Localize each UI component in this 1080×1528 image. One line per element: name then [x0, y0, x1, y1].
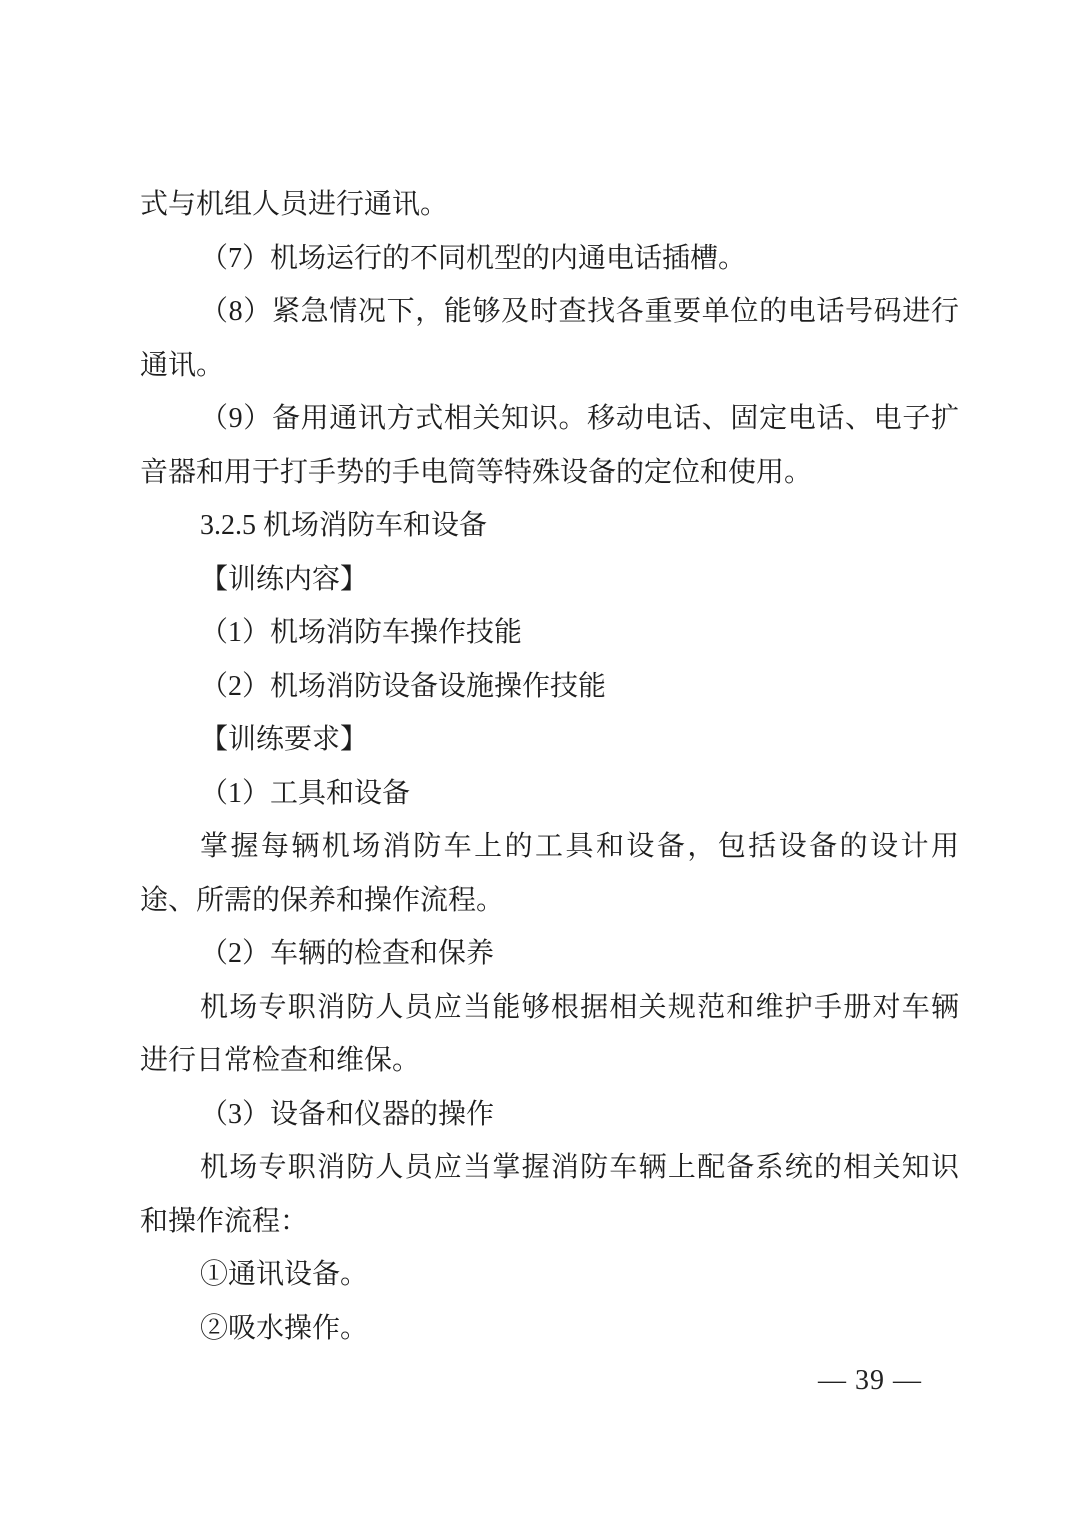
text-line: 机场专职消防人员应当掌握消防车辆上配备系统的相关知识 — [140, 1141, 958, 1195]
label-training-requirements: 【训练要求】 — [140, 713, 958, 767]
text-line: 和操作流程： — [140, 1195, 958, 1249]
text-line: （7）机场运行的不同机型的内通电话插槽。 — [140, 232, 958, 286]
text-line: 进行日常检查和维保。 — [140, 1034, 958, 1088]
page-number: — 39 — — [818, 1366, 922, 1396]
text-line: 机场专职消防人员应当能够根据相关规范和维护手册对车辆 — [140, 981, 958, 1035]
document-body: 式与机组人员进行通讯。 （7）机场运行的不同机型的内通电话插槽。 （8）紧急情况… — [140, 178, 958, 1355]
text-line: 掌握每辆机场消防车上的工具和设备，包括设备的设计用 — [140, 820, 958, 874]
text-line: 通讯。 — [140, 339, 958, 393]
text-line: 途、所需的保养和操作流程。 — [140, 874, 958, 928]
section-heading: 3.2.5 机场消防车和设备 — [140, 499, 958, 553]
label-training-content: 【训练内容】 — [140, 553, 958, 607]
text-line: 式与机组人员进行通讯。 — [140, 178, 958, 232]
text-line: （2）车辆的检查和保养 — [140, 927, 958, 981]
text-line: ②吸水操作。 — [140, 1302, 958, 1356]
text-line: （9）备用通讯方式相关知识。移动电话、固定电话、电子扩 — [140, 392, 958, 446]
text-line: 音器和用于打手势的手电筒等特殊设备的定位和使用。 — [140, 446, 958, 500]
text-line: （2）机场消防设备设施操作技能 — [140, 660, 958, 714]
text-line: （1）机场消防车操作技能 — [140, 606, 958, 660]
document-page: 式与机组人员进行通讯。 （7）机场运行的不同机型的内通电话插槽。 （8）紧急情况… — [0, 0, 1080, 1528]
text-line: ①通讯设备。 — [140, 1248, 958, 1302]
text-line: （8）紧急情况下，能够及时查找各重要单位的电话号码进行 — [140, 285, 958, 339]
text-line: （1）工具和设备 — [140, 767, 958, 821]
text-line: （3）设备和仪器的操作 — [140, 1088, 958, 1142]
